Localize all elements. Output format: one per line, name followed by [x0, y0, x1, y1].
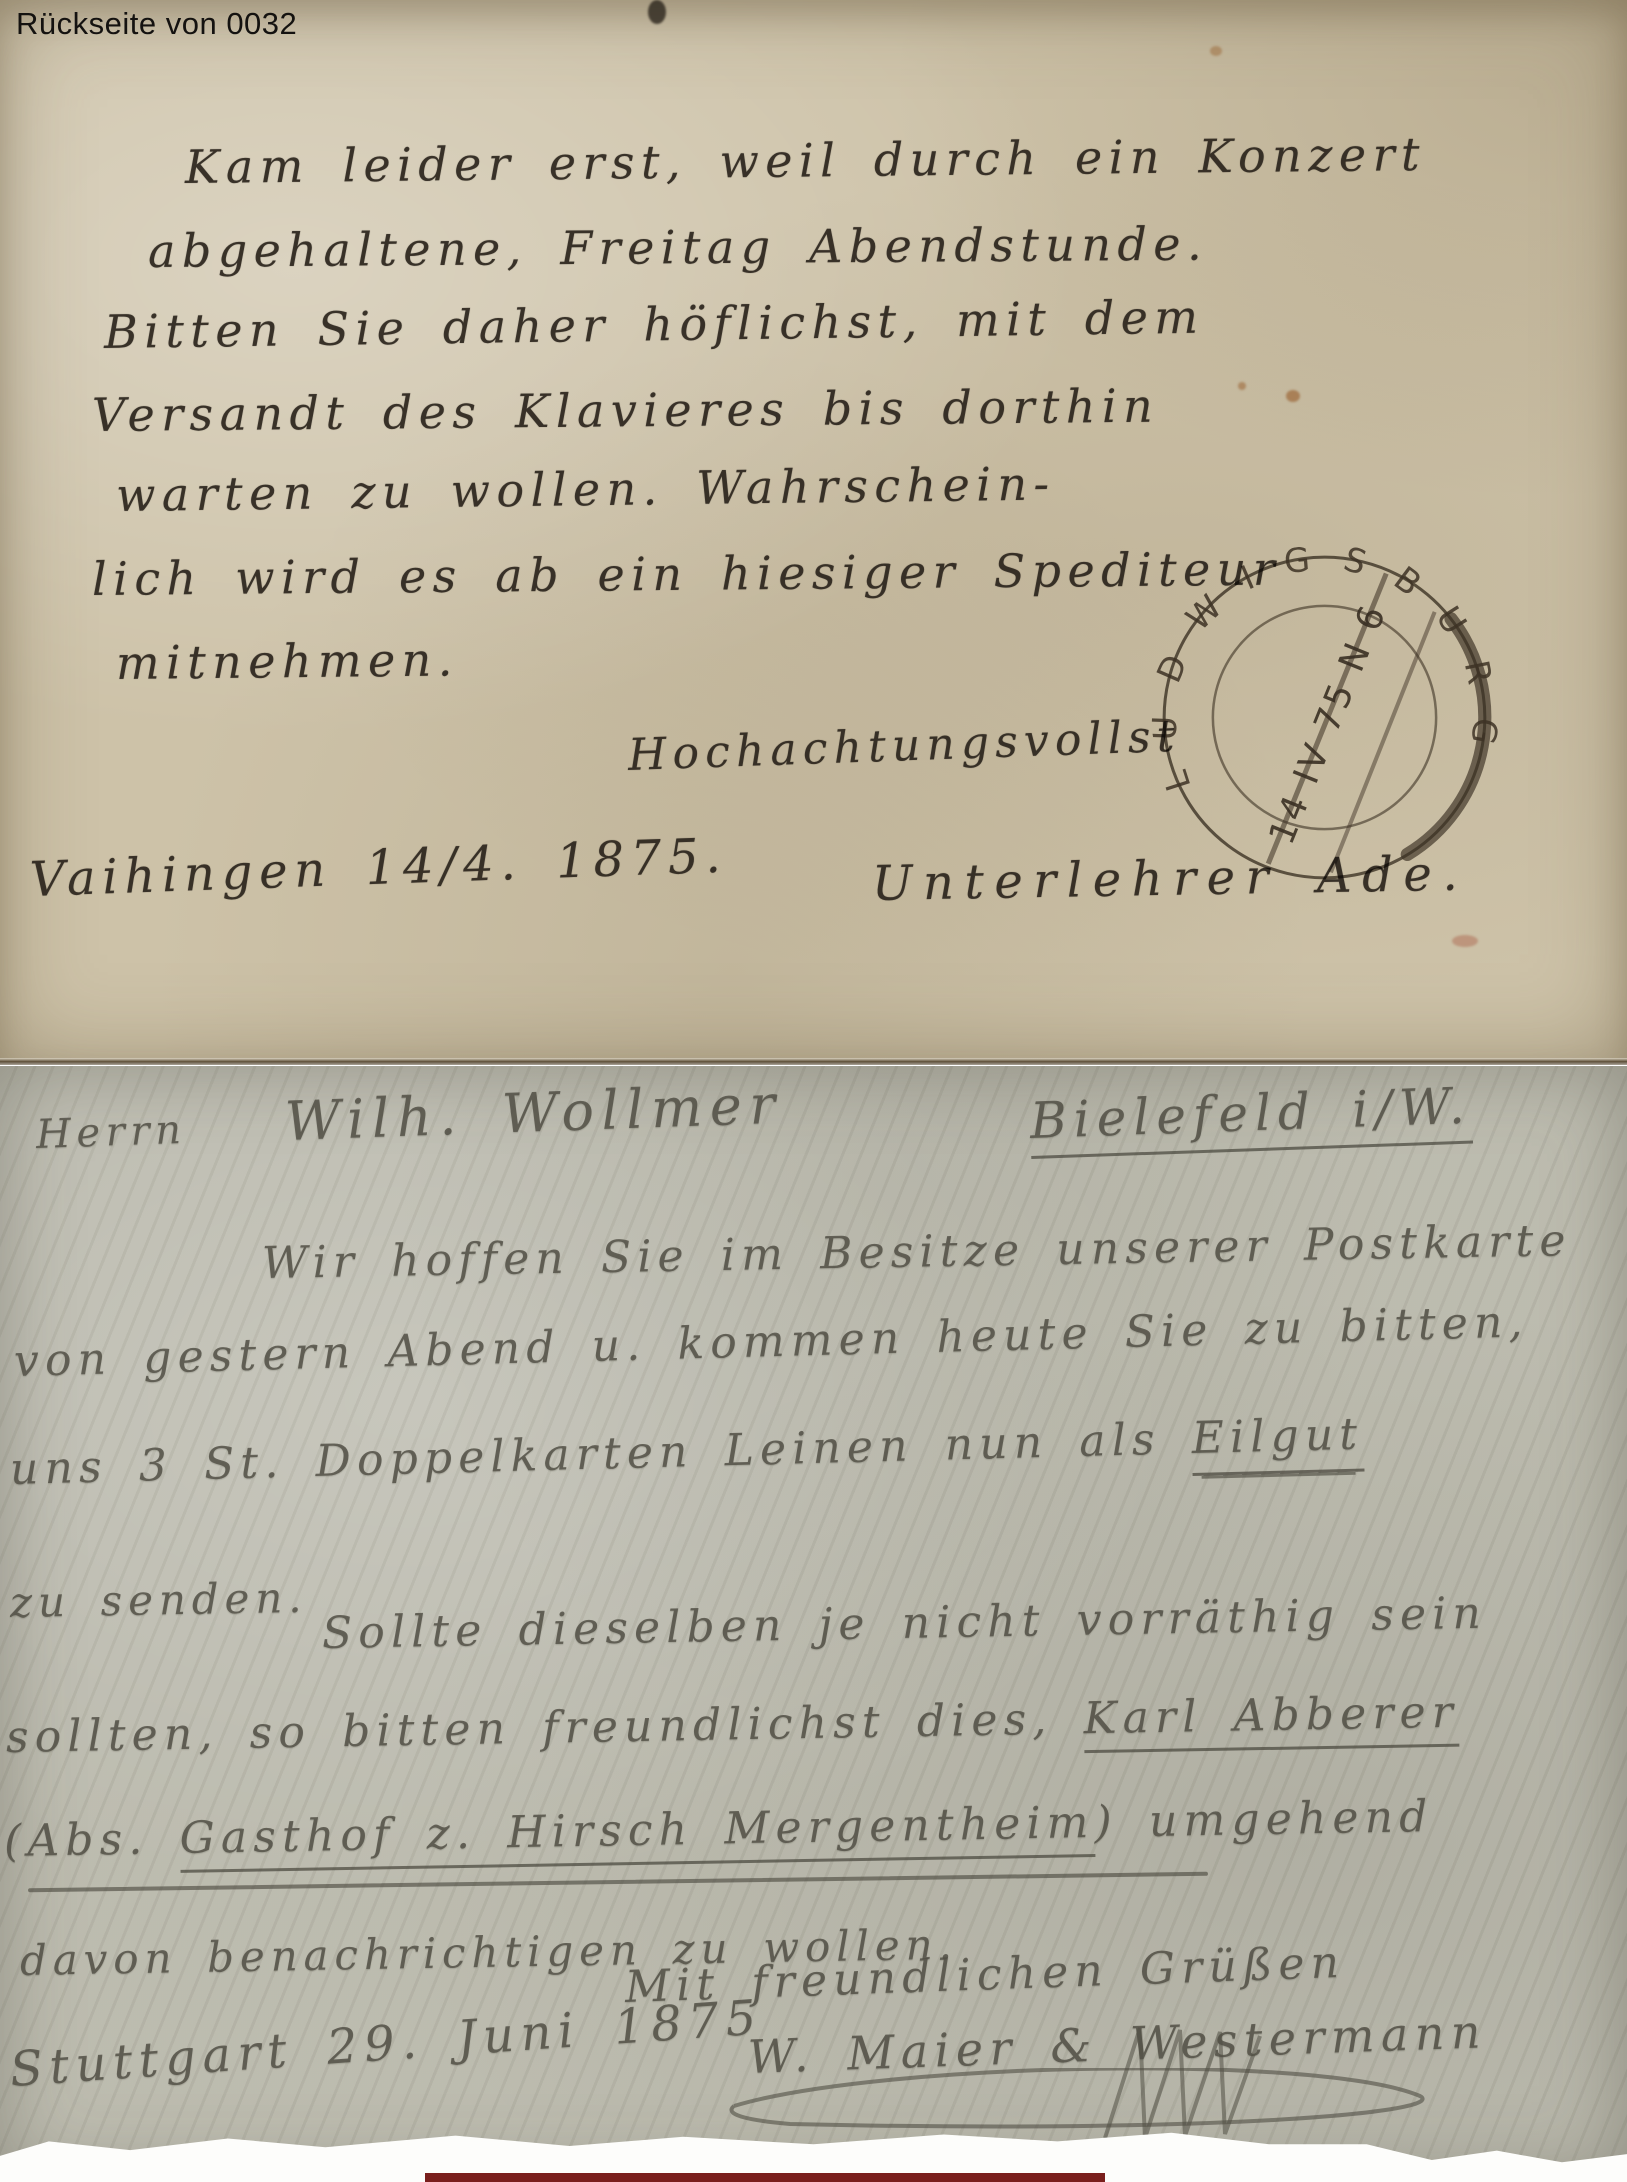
signature-scribble	[1085, 2018, 1295, 2148]
handwritten-line: mitnehmen.	[116, 632, 459, 690]
underlined-eilgut: Eilgut	[1191, 1409, 1364, 1476]
address-salutation: Herrn	[35, 1107, 187, 1158]
line8-text: (Abs.	[4, 1813, 180, 1867]
handwritten-line: zu senden.	[10, 1573, 308, 1627]
foxing-spot	[1286, 390, 1300, 402]
top-postcard-paper: Rückseite von 0032 Kam leider erst, weil…	[0, 0, 1627, 1062]
handwritten-line: abgehaltene, Freitag Abendstunde.	[148, 217, 1208, 278]
ink-speck	[648, 0, 666, 24]
handwritten-line: Bitten Sie daher höflichst, mit dem	[104, 290, 1205, 359]
postmark-stamp: LUDWIGSBURG 14 IV 75 N 6	[1130, 523, 1520, 913]
foxing-spot	[1238, 382, 1246, 390]
closing-line: Hochachtungsvollst	[627, 711, 1181, 781]
place-date-line: Vaihingen 14/4. 1875.	[29, 828, 728, 908]
rust-stain	[1452, 935, 1478, 947]
scan-edge-artifact	[425, 2173, 1105, 2182]
foxing-spot	[1210, 46, 1222, 56]
cards-seam-line	[0, 1058, 1627, 1065]
handwritten-line: Versandt des Klavieres bis dorthin	[92, 379, 1160, 442]
postmark-date-text: 14 IV 75 N 6	[1261, 598, 1395, 851]
scan-label: Rückseite von 0032	[16, 6, 297, 42]
handwritten-line: lich wird es ab ein hiesiger Spediteur	[92, 542, 1282, 606]
line8-text-post: ) umgehend	[1094, 1791, 1434, 1848]
scanned-postcards-page: Rückseite von 0032 Kam leider erst, weil…	[0, 0, 1627, 2182]
underlined-name: Karl Abberer	[1083, 1687, 1459, 1754]
handwritten-line: warten zu wollen. Wahrschein-	[116, 457, 1056, 522]
handwritten-line: Kam leider erst, weil durch ein Konzert	[185, 127, 1426, 194]
